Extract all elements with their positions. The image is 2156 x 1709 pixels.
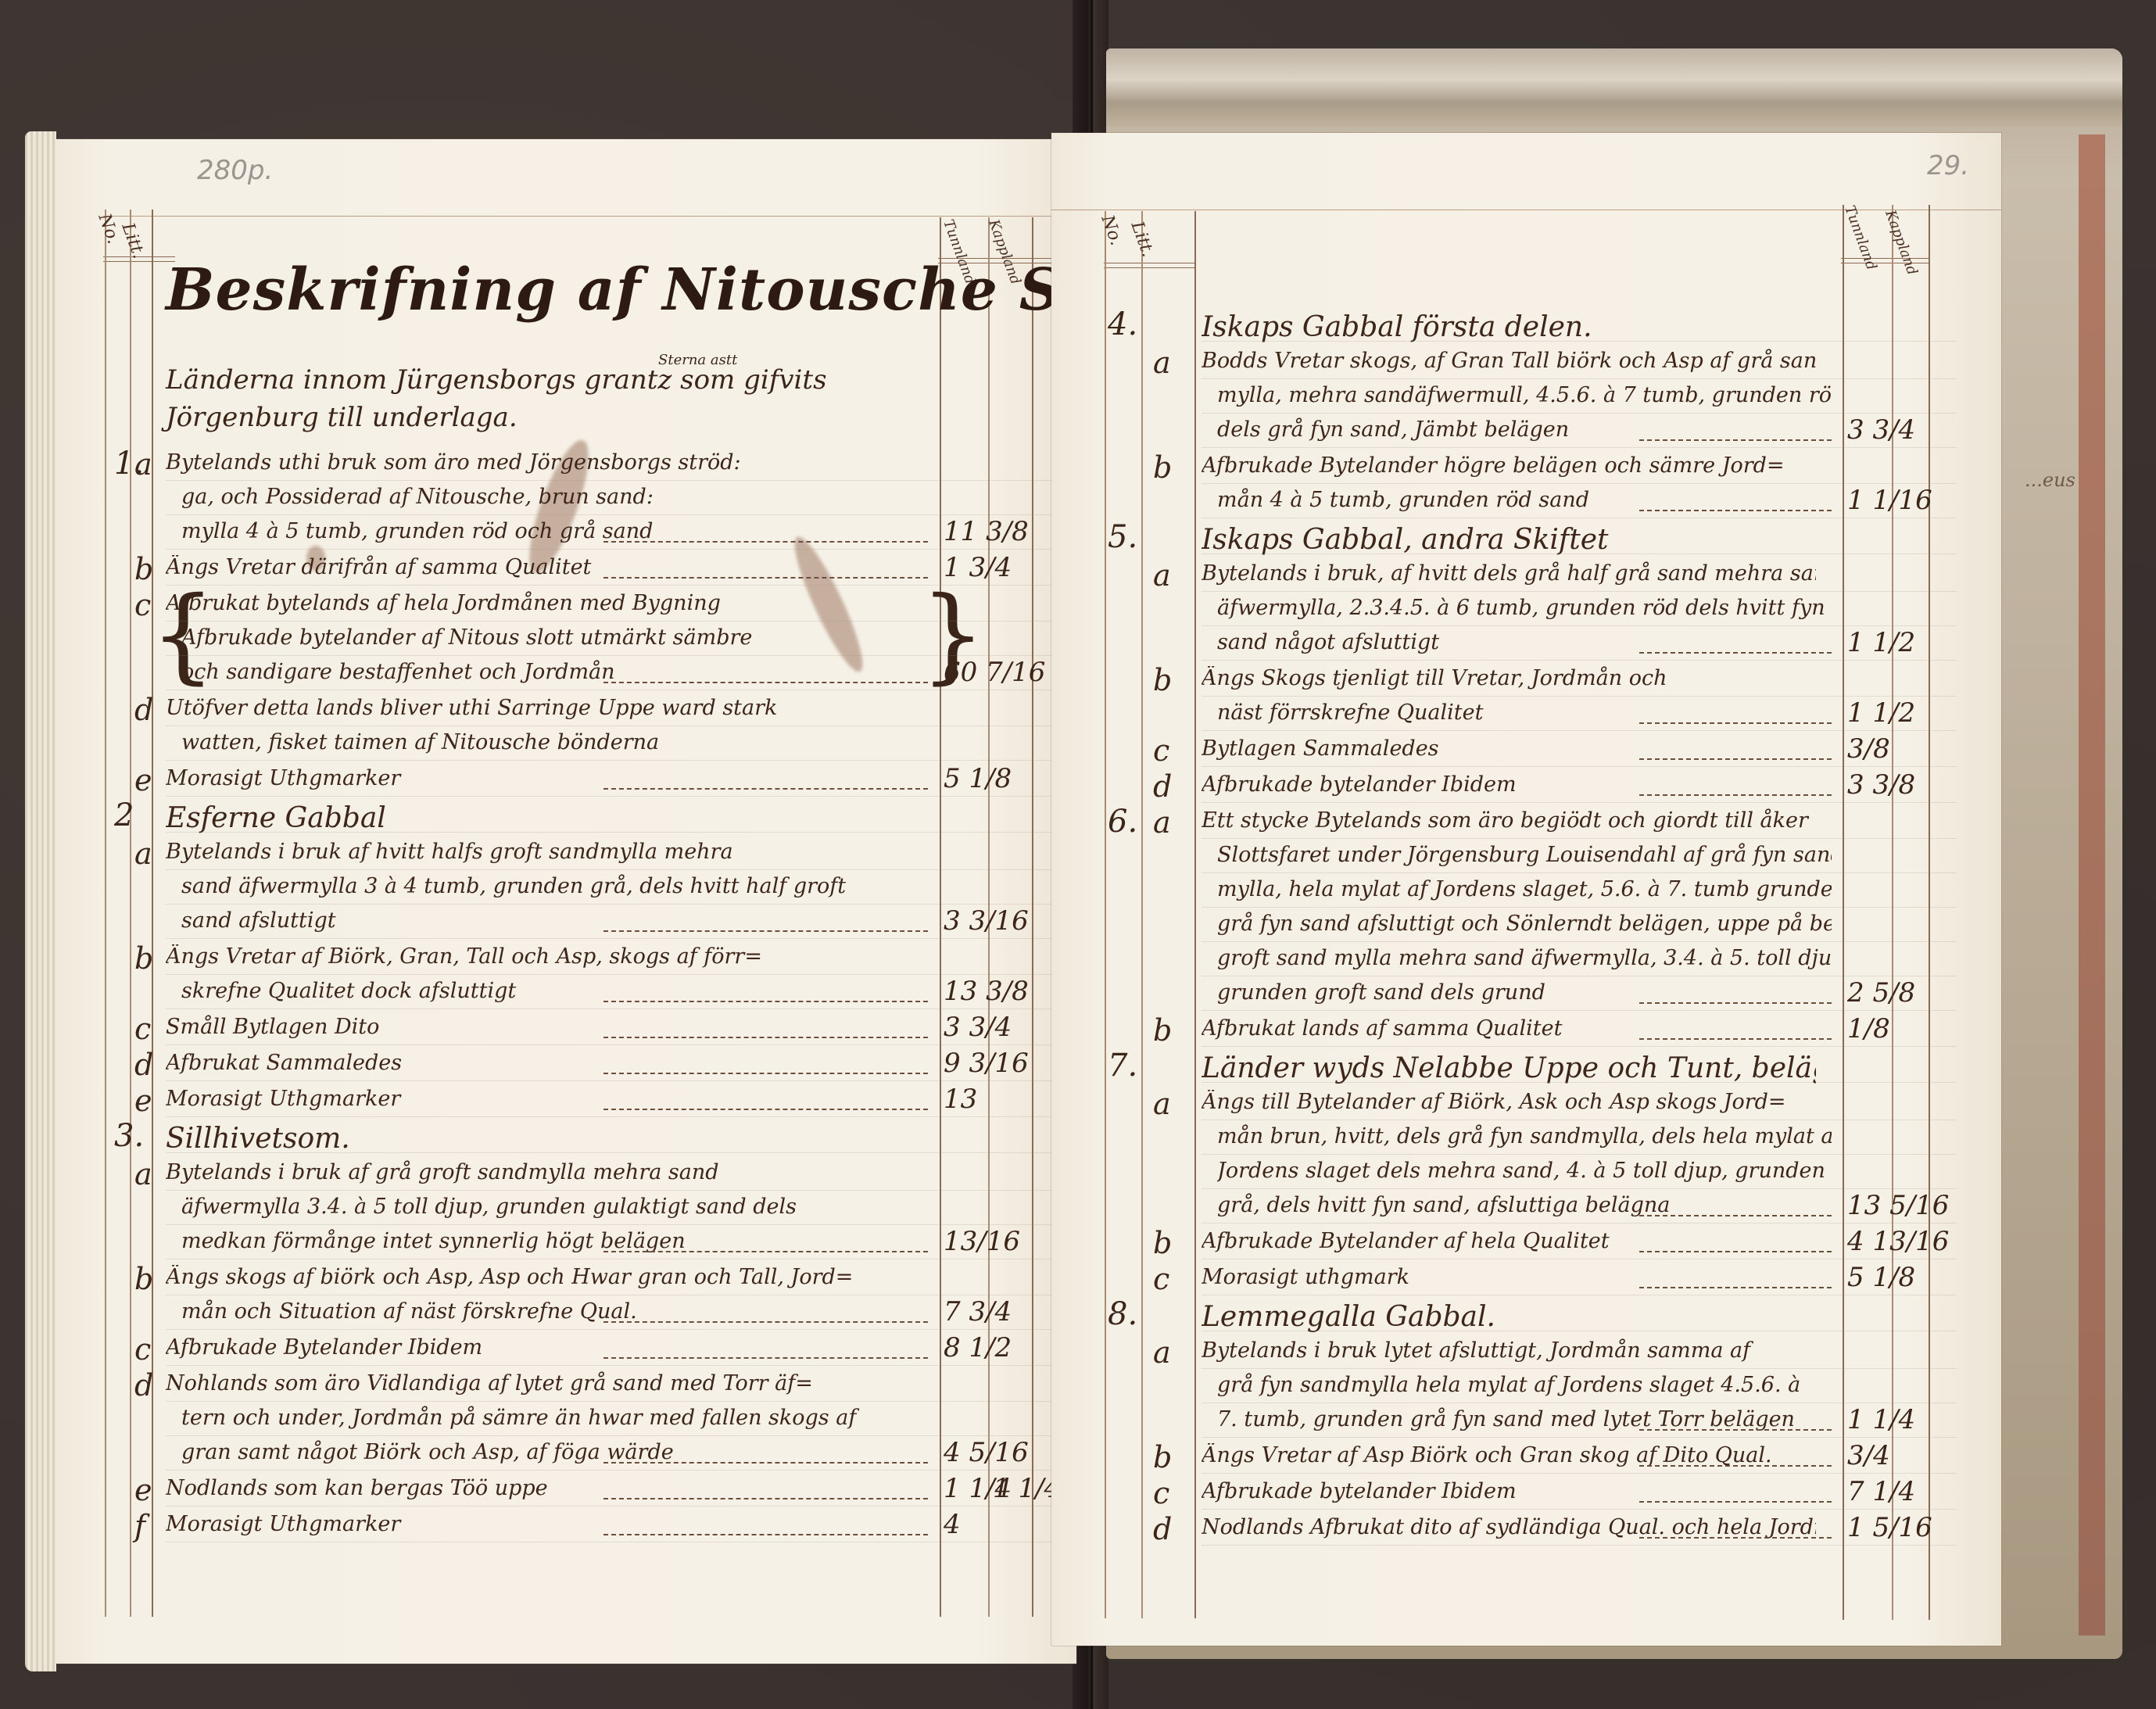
column-rule (1032, 217, 1033, 1617)
entry-letter: d (134, 1368, 153, 1403)
entry-letter: a (1153, 805, 1171, 840)
pencil-folio-number: 280p. (197, 155, 273, 186)
entry-letter: e (134, 1084, 152, 1118)
entry-text-line: och sandigare bestaffenhet och Jordmån (181, 660, 928, 684)
leader-dots (603, 682, 928, 683)
ruled-line (1202, 1082, 1957, 1083)
entry-text-line: mylla, hela mylat af Jordens slaget, 5.6… (1217, 877, 1832, 901)
entry-text-line: grå, dels hvitt fyn sand, afsluttiga bel… (1217, 1193, 1832, 1217)
ruled-line (166, 869, 1053, 870)
area-value: 1 1/4 (1847, 1404, 1915, 1435)
ruled-line (1202, 660, 1957, 661)
ruled-line (1202, 976, 1957, 976)
leader-dots (603, 1001, 928, 1002)
leader-dots (1639, 1501, 1832, 1503)
area-value: 1 5/16 (1847, 1512, 1932, 1543)
area-value: 1 1/2 (1847, 697, 1915, 729)
leader-dots (603, 541, 928, 543)
ruled-line (1202, 1331, 1957, 1331)
entry-text-line: grunden groft sand dels grund (1217, 980, 1832, 1005)
entry-text-line: mån 4 à 5 tumb, grunden röd sand (1217, 488, 1832, 512)
entry-text-line: grå fyn sandmylla hela mylat af Jordens … (1217, 1373, 1832, 1397)
column-rule (940, 217, 941, 1617)
area-value: 9 3/16 (944, 1048, 1029, 1079)
entry-text-line: Afbrukade Bytelander af hela Qualitet (1202, 1229, 1816, 1253)
entry-text-line: Bytelands i bruk lytet afsluttigt, Jordm… (1202, 1338, 1816, 1363)
leader-dots (1639, 758, 1832, 760)
ruled-line (166, 1365, 1053, 1366)
ruled-line (1202, 341, 1957, 342)
pencil-folio-number: 29. (1927, 150, 1969, 181)
entry-text-line: medkan förmånge intet synnerlig högt bel… (181, 1229, 928, 1253)
ruled-line (166, 1152, 1053, 1153)
entry-number: 3. (114, 1118, 144, 1154)
entry-letter: e (134, 763, 152, 797)
subtitle-line-1: Länderna innom Jürgensborgs grantz som g… (166, 364, 827, 396)
leader-dots (603, 1109, 928, 1110)
area-value: 3/4 (1847, 1440, 1890, 1471)
entry-text-line: Ängs till Bytelander af Biörk, Ask och A… (1202, 1090, 1816, 1114)
area-value: 3/8 (1847, 733, 1890, 765)
entry-number: 2 (114, 797, 134, 833)
entry-text-line: Afbrukade bytelander Ibidem (1202, 772, 1816, 797)
ruled-line (1202, 1223, 1957, 1224)
ruled-line (166, 1506, 1053, 1507)
ruled-line (1202, 1259, 1957, 1259)
section-heading: Esferne Gabbal (166, 802, 912, 834)
leader-dots (603, 577, 928, 579)
column-rule (1141, 211, 1143, 1618)
entry-text-line: Ängs Vretar af Asp Biörk och Gran skog a… (1202, 1443, 1816, 1467)
ruled-line (166, 655, 1053, 656)
ruled-line (1202, 1473, 1957, 1474)
entry-letter: b (1153, 663, 1172, 697)
area-value: 5 1/8 (1847, 1262, 1915, 1293)
ruled-line (1202, 413, 1957, 414)
page-title: Beskrifning af Nitousche Strö (166, 256, 1160, 324)
ruled-line (166, 796, 1053, 797)
section-heading: Iskaps Gabbal, andra Skiftet (1202, 524, 1816, 556)
column-rule (152, 210, 153, 1617)
entry-text-line: grå fyn sand afsluttigt och Sönlerndt be… (1217, 912, 1832, 936)
entry-number: 6. (1108, 804, 1137, 840)
ruled-line (1202, 1437, 1957, 1438)
leader-dots (1639, 1429, 1832, 1431)
area-value: 4 (944, 1509, 961, 1540)
entry-text-line: Bytelands i bruk af grå groft sandmylla … (166, 1160, 912, 1184)
entry-letter: d (134, 693, 153, 727)
entry-text-line: Afbrukade Bytelander högre belägen och s… (1202, 453, 1816, 478)
entry-text-line: groft sand mylla mehra sand äfwermylla, … (1217, 946, 1832, 970)
ruled-line (1202, 378, 1957, 379)
column-header-kappland: Kappland (1882, 208, 1920, 278)
leader-dots (603, 1321, 928, 1323)
entry-text-line: gran samt något Biörk och Asp, af föga w… (181, 1440, 928, 1464)
entry-letter: a (1153, 1087, 1171, 1121)
entry-letter: b (134, 1262, 153, 1296)
area-value: 1/8 (1847, 1013, 1890, 1044)
entry-text-line: Afbrukat Sammaledes (166, 1051, 912, 1075)
entry-text-line: Nodlands Afbrukat dito af sydländiga Qua… (1202, 1515, 1816, 1539)
entry-text-line: ga, och Possiderad af Nitousche, brun sa… (181, 485, 928, 509)
entry-text-line: mylla 4 à 5 tumb, grunden röd och grå sa… (181, 519, 928, 543)
ruled-line (1202, 872, 1957, 873)
ruled-line (1202, 1154, 1957, 1155)
entry-text-line: Afbrukat lands af samma Qualitet (1202, 1016, 1816, 1041)
area-value: 8 1/2 (944, 1332, 1012, 1363)
ruled-line (1202, 518, 1957, 518)
ruled-line (1202, 1295, 1957, 1295)
ruled-line (1202, 554, 1957, 554)
ruled-line (1202, 447, 1957, 448)
leader-dots (1639, 439, 1832, 441)
entry-number: 8. (1108, 1296, 1137, 1332)
ruled-line (166, 480, 1053, 481)
entry-letter: b (1153, 1440, 1172, 1474)
ruled-line (1202, 625, 1957, 626)
entry-letter: b (1153, 450, 1172, 485)
ruled-line (166, 1224, 1053, 1225)
entry-number: 7. (1108, 1048, 1137, 1084)
entry-text-line: äfwermylla, 2.3.4.5. à 6 tumb, grunden r… (1217, 596, 1832, 620)
column-rule (1843, 205, 1844, 1620)
area-value: 13 (944, 1084, 977, 1115)
entry-text-line: Bytelands uthi bruk som äro med Jörgensb… (166, 450, 912, 475)
area-value: 5 1/8 (944, 763, 1012, 794)
ruled-line (166, 726, 1053, 726)
entry-text-line: äfwermylla 3.4. à 5 toll djup, grunden g… (181, 1195, 928, 1219)
entry-letter: e (134, 1473, 152, 1507)
entry-letter: a (1153, 346, 1171, 380)
entry-letter: c (1153, 1476, 1169, 1510)
ruled-line (166, 1470, 1053, 1471)
ruled-line (166, 1116, 1053, 1117)
ruled-line (1202, 1403, 1957, 1403)
ruled-line (166, 1080, 1053, 1081)
entry-text-line: Ett stycke Bytelands som äro begiödt och… (1202, 808, 1816, 833)
entry-text-line: Morasigt Uthgmarker (166, 766, 912, 790)
leader-dots (603, 1251, 928, 1252)
entry-letter: a (134, 1157, 152, 1191)
leader-dots (1639, 1038, 1832, 1040)
entry-number: 5. (1108, 519, 1137, 555)
ruled-line (166, 1044, 1053, 1045)
page-stack-top (1106, 48, 2122, 127)
area-value: 4 5/16 (944, 1437, 1029, 1468)
ruled-line (1202, 483, 1957, 484)
leader-dots (1639, 722, 1832, 724)
entry-letter: a (134, 837, 152, 871)
subtitle-line-2: Jörgenburg till underlaga. (166, 402, 518, 433)
entry-letter: c (1153, 733, 1169, 768)
column-header-number: No. (1098, 213, 1126, 248)
column-header-letter: Litt. (118, 220, 149, 261)
entry-text-line: mån brun, hvitt, dels grå fyn sandmylla,… (1217, 1124, 1832, 1148)
ruled-line (1202, 838, 1957, 839)
entry-text-line: tern och under, Jordmån på sämre än hwar… (181, 1406, 928, 1430)
area-value: 60 7/16 (944, 657, 1045, 688)
ruled-line (166, 690, 1053, 690)
area-value: 11 3/8 (944, 516, 1029, 547)
ruled-line (166, 1435, 1053, 1436)
ruled-line (1202, 1120, 1957, 1120)
ruled-line (166, 549, 1053, 550)
leader-dots (603, 1498, 928, 1499)
entry-letter: c (134, 588, 151, 622)
entry-letter: f (134, 1509, 145, 1543)
entry-text-line: Bodds Vretar skogs, af Gran Tall biörk o… (1202, 349, 1816, 373)
ruled-line (166, 974, 1053, 975)
entry-text-line: Afbrukat bytelands af hela Jordmånen med… (166, 591, 912, 615)
ruled-line (166, 1009, 1053, 1009)
entry-text-line: dels grå fyn sand, Jämbt belägen (1217, 417, 1832, 442)
entry-text-line: Morasigt Uthgmarker (166, 1087, 912, 1111)
ruled-line (1202, 1368, 1957, 1369)
entry-letter: d (1153, 769, 1172, 804)
cover-binding-strip (2079, 134, 2105, 1636)
entry-text-line: Jordens slaget dels mehra sand, 4. à 5 t… (1217, 1159, 1832, 1183)
entry-letter: a (1153, 558, 1171, 593)
entry-text-line: watten, fisket taimen af Nitousche bönde… (181, 730, 928, 754)
left-page: 280p. No. Litt. Tunnland Kappland Beskri… (48, 139, 1076, 1664)
ruled-line (1202, 907, 1957, 908)
ruled-line (166, 514, 1053, 515)
column-rule (1194, 211, 1196, 1618)
entry-text-line: Morasigt Uthgmarker (166, 1512, 912, 1536)
entry-text-line: skrefne Qualitet dock afsluttigt (181, 979, 928, 1003)
entry-text-line: Ängs Vretar därifrån af samma Qualitet (166, 555, 912, 579)
right-page: 29. No. Litt. Tunnland Kappland 4.Iskaps… (1051, 133, 2001, 1646)
entry-text-line: Morasigt uthgmark (1202, 1265, 1816, 1289)
entry-text-line: Ängs Vretar af Biörk, Gran, Tall och Asp… (166, 944, 912, 969)
ruled-line (1202, 1509, 1957, 1510)
section-heading: Iskaps Gabbal första delen. (1202, 311, 1816, 343)
area-value: 3 3/4 (1847, 414, 1915, 446)
area-value: 7 1/4 (1847, 1476, 1915, 1507)
entry-letter: d (1153, 1512, 1172, 1546)
area-value: 3 3/16 (944, 905, 1029, 937)
ruled-line (1202, 1545, 1957, 1546)
area-value: 4 13/16 (1847, 1226, 1949, 1257)
entry-text-line: Bytlagen Sammaledes (1202, 736, 1816, 761)
ruled-line (166, 1542, 1053, 1542)
entry-number: 4. (1108, 306, 1137, 342)
entry-text-line: Slottsfaret under Jörgensburg Louisendah… (1217, 843, 1832, 867)
leader-dots (603, 1073, 928, 1074)
entry-text-line: Bytelands i bruk af hvitt halfs groft sa… (166, 840, 912, 864)
section-heading: Länder wyds Nelabbe Uppe och Tunt, beläg… (1202, 1052, 1816, 1084)
ruled-line (166, 832, 1053, 833)
area-value: 13 3/8 (944, 976, 1029, 1007)
margin-fragment: ...eus (2025, 469, 2075, 491)
area-value: 1 1/2 (1847, 627, 1915, 658)
ruled-line (1202, 766, 1957, 767)
entry-letter: b (1153, 1013, 1172, 1048)
entry-text-line: Ängs Skogs tjenligt till Vretar, Jordmån… (1202, 666, 1816, 690)
area-value: 2 5/8 (1847, 977, 1915, 1009)
section-heading: Lemmegalla Gabbal. (1202, 1301, 1816, 1333)
area-value: 13 5/16 (1847, 1190, 1949, 1221)
entry-letter: b (134, 941, 153, 976)
column-rule (130, 210, 131, 1617)
entry-text-line: Småll Bytlagen Dito (166, 1015, 912, 1039)
entry-text-line: sand afsluttigt (181, 908, 928, 933)
column-rule (1105, 211, 1106, 1618)
entry-text-line: mån och Situation af näst förskrefne Qua… (181, 1299, 928, 1324)
entry-text-line: Afbrukade bytelander Ibidem (1202, 1479, 1816, 1503)
entry-letter: c (134, 1012, 151, 1046)
leader-dots (1639, 652, 1832, 654)
leader-dots (1639, 1002, 1832, 1004)
ruled-line (1202, 591, 1957, 592)
top-rule (103, 216, 1073, 217)
ruled-line (166, 904, 1053, 905)
entry-text-line: Nohlands som äro Vidlandiga af lytet grå… (166, 1371, 912, 1396)
entry-text-line: mylla, mehra sandäfwermull, 4.5.6. à 7 t… (1217, 383, 1832, 407)
leader-dots (1639, 1537, 1832, 1539)
entry-text-line: Afbrukade bytelander af Nitous slott utm… (181, 625, 928, 650)
ruled-line (166, 621, 1053, 622)
entry-text-line: Afbrukade Bytelander Ibidem (166, 1335, 912, 1360)
entry-text-line: Utöfver detta lands bliver uthi Sarringe… (166, 696, 912, 720)
entry-text-line: sand något afsluttigt (1217, 630, 1832, 654)
leader-dots (603, 1037, 928, 1038)
entry-text-line: sand äfwermylla 3 à 4 tumb, grunden grå,… (181, 874, 928, 898)
leader-dots (603, 1534, 928, 1535)
ruled-line (166, 1401, 1053, 1402)
area-value: 7 3/4 (944, 1296, 1012, 1327)
leader-dots (1639, 794, 1832, 796)
entry-text-line: Ängs skogs af biörk och Asp, Asp och Hwa… (166, 1265, 912, 1289)
ruled-line (166, 1329, 1053, 1330)
ruled-line (1202, 941, 1957, 942)
entry-letter: b (1153, 1226, 1172, 1260)
leader-dots (603, 930, 928, 932)
ruled-line (166, 1295, 1053, 1295)
entry-letter: d (134, 1048, 153, 1082)
area-value: 3 3/4 (944, 1012, 1012, 1043)
leader-dots (1639, 1465, 1832, 1467)
leader-dots (603, 1357, 928, 1359)
area-value: 3 3/8 (1847, 769, 1915, 801)
ruled-line (166, 938, 1053, 939)
ruled-line (166, 1190, 1053, 1191)
entry-text-line: 7. tumb, grunden grå fyn sand med lytet … (1217, 1407, 1832, 1431)
ruled-line (166, 1259, 1053, 1259)
entry-text-line: Nodlands som kan bergas Töö uppe (166, 1476, 912, 1500)
section-heading: Sillhivetsom. (166, 1123, 912, 1155)
ruled-line (1202, 1046, 1957, 1047)
header-rule-left (1104, 263, 1194, 268)
entry-letter: c (134, 1332, 151, 1367)
entry-letter: a (1153, 1335, 1171, 1370)
area-value: 1 1/16 (1847, 485, 1932, 516)
leader-dots (603, 1462, 928, 1464)
area-value: 13/16 (944, 1226, 1020, 1257)
entry-letter: a (134, 447, 152, 482)
ruled-line (1202, 1188, 1957, 1189)
column-rule (105, 210, 106, 1617)
column-rule (1929, 205, 1930, 1620)
leader-dots (603, 788, 928, 790)
ruled-line (1202, 696, 1957, 697)
entry-text-line: näst förrskrefne Qualitet (1217, 700, 1832, 725)
column-header-letter: Litt. (1127, 219, 1158, 260)
leader-dots (1639, 1287, 1832, 1288)
entry-text-line: Bytelands i bruk, af hvitt dels grå half… (1202, 561, 1816, 586)
ruled-line (1202, 730, 1957, 731)
leader-dots (1639, 510, 1832, 511)
ruled-line (1202, 1010, 1957, 1011)
entry-letter: c (1153, 1262, 1169, 1296)
leader-dots (1639, 1251, 1832, 1252)
ruled-line (166, 760, 1053, 761)
ruled-line (1202, 802, 1957, 803)
leader-dots (1639, 1215, 1832, 1216)
